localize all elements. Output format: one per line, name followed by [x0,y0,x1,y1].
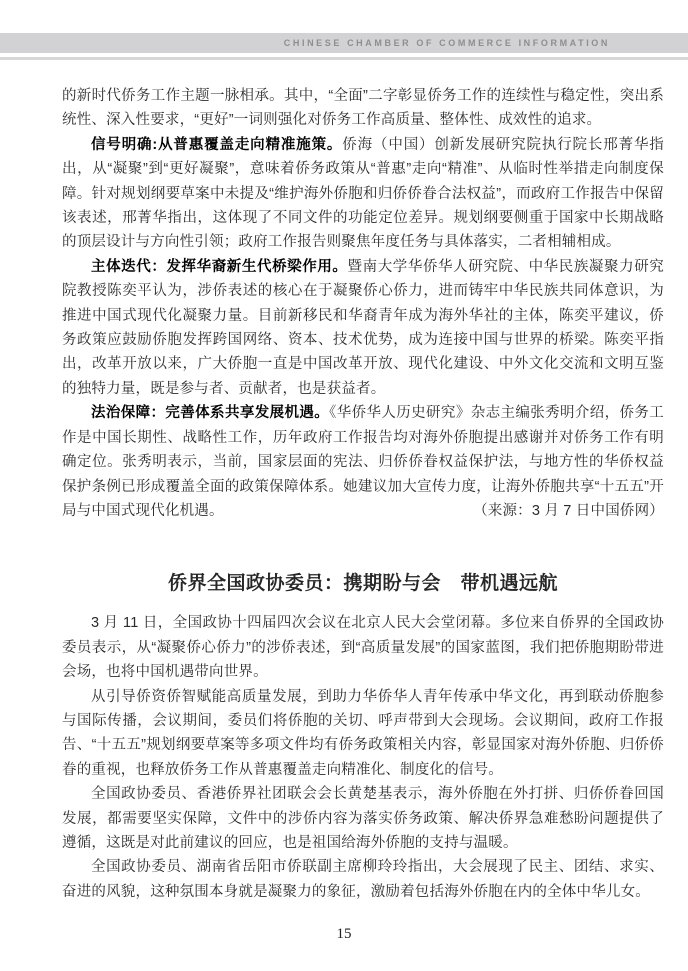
paragraph-lead: 主体迭代：发挥华裔新生代桥梁作用。 [91,259,348,275]
banner-title: CHINESE CHAMBER OF COMMERCE INFORMATION [284,38,610,48]
article-2-paragraph-3: 全国政协委员、香港侨界社团联会会长黄楚基表示，海外侨胞在外打拼、归侨侨眷回国发展… [62,782,664,855]
article-2-paragraph-4: 全国政协委员、湖南省岳阳市侨联副主席柳玲玲指出，大会展现了民主、团结、求实、奋进… [62,855,664,904]
source-note: （来源：3 月 7 日中国侨网） [444,499,664,523]
article-2-paragraph-1: 3 月 11 日，全国政协十四届四次会议在北京人民大会堂闭幕。多位来自侨界的全国… [62,611,664,684]
article-1-paragraph-subject: 主体迭代：发挥华裔新生代桥梁作用。暨南大学华侨华人研究院、中华民族凝聚力研究院教… [62,255,664,401]
header-divider [0,57,688,60]
article-2-title: 侨界全国政协委员：携期盼与会 带机遇远航 [62,569,664,598]
header-banner: CHINESE CHAMBER OF COMMERCE INFORMATION [0,33,688,53]
page-number: 15 [0,926,688,943]
article-1: 的新时代侨务工作主题一脉相承。其中，“全面”二字彰显侨务工作的连续性与稳定性，突… [62,84,664,523]
article-1-paragraph-law: 法治保障：完善体系共享发展机遇。《华侨华人历史研究》杂志主编张秀明介绍，侨务工作… [62,401,664,523]
paragraph-lead: 信号明确:从普惠覆盖走向精准施策。 [91,137,342,153]
page-body: 的新时代侨务工作主题一脉相承。其中，“全面”二字彰显侨务工作的连续性与稳定性，突… [62,84,664,904]
paragraph-text: 暨南大学华侨华人研究院、中华民族凝聚力研究院教授陈奕平认为，涉侨表述的核心在于凝… [62,259,664,397]
article-1-paragraph-signal: 信号明确:从普惠覆盖走向精准施策。侨海（中国）创新发展研究院执行院长邢菁华指出，… [62,133,664,255]
document-page: CHINESE CHAMBER OF COMMERCE INFORMATION … [0,0,688,971]
paragraph-lead: 法治保障：完善体系共享发展机遇。 [91,405,329,421]
paragraph-text: 侨海（中国）创新发展研究院执行院长邢菁华指出，从“凝聚”到“更好凝聚”，意味着侨… [62,137,664,251]
article-2: 侨界全国政协委员：携期盼与会 带机遇远航 3 月 11 日，全国政协十四届四次会… [62,569,664,904]
article-1-opening-paragraph: 的新时代侨务工作主题一脉相承。其中，“全面”二字彰显侨务工作的连续性与稳定性，突… [62,84,664,133]
article-2-paragraph-2: 从引导侨资侨智赋能高质量发展，到助力华侨华人青年传承中华文化，再到联动侨胞参与国… [62,685,664,783]
